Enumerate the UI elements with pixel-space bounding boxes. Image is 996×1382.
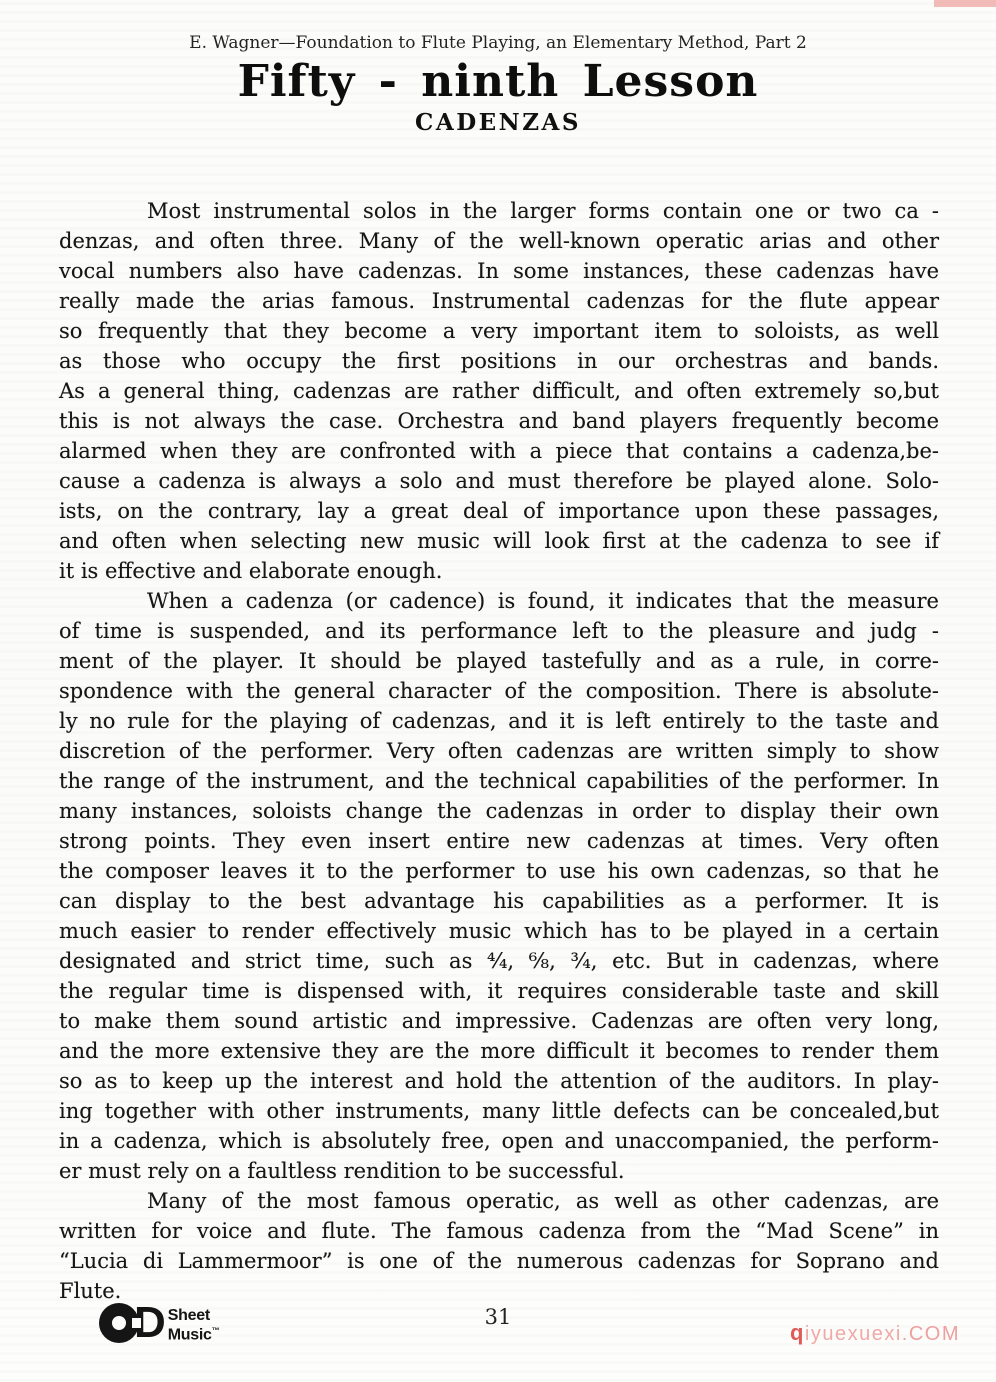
text-line: Most instrumental solos in the larger fo…: [59, 196, 939, 226]
text-line: discretion of the performer. Very often …: [59, 736, 939, 766]
text-line: denzas, and often three. Many of the wel…: [59, 226, 939, 256]
page-title: Fifty - ninth Lesson: [0, 56, 996, 107]
site-watermark: qiyuexuexi.COM: [790, 1320, 960, 1346]
text-line: ing together with other instruments, man…: [59, 1096, 939, 1126]
text-line: and often when selecting new music will …: [59, 526, 939, 556]
text-line: to make them sound artistic and impressi…: [59, 1006, 939, 1036]
watermark-lead-letter: q: [790, 1320, 805, 1345]
text-line: this is not always the case. Orchestra a…: [59, 406, 939, 436]
running-header: E. Wagner—Foundation to Flute Playing, a…: [0, 33, 996, 53]
text-line: written for voice and flute. The famous …: [59, 1216, 939, 1246]
text-line: the composer leaves it to the performer …: [59, 856, 939, 886]
text-line: can display to the best advantage his ca…: [59, 886, 939, 916]
text-line: much easier to render effectively music …: [59, 916, 939, 946]
paragraph: Most instrumental solos in the larger fo…: [59, 196, 939, 586]
page-subtitle: CADENZAS: [0, 109, 996, 136]
text-line: Flute.: [59, 1276, 939, 1306]
text-line: er must rely on a faultless rendition to…: [59, 1156, 939, 1186]
paragraph: When a cadenza (or cadence) is found, it…: [59, 586, 939, 1186]
text-line: cause a cadenza is always a solo and mus…: [59, 466, 939, 496]
text-line: of time is suspended, and its performanc…: [59, 616, 939, 646]
text-line: ly no rule for the playing of cadenzas, …: [59, 706, 939, 736]
text-line: as those who occupy the first positions …: [59, 346, 939, 376]
text-line: ment of the player. It should be played …: [59, 646, 939, 676]
text-line: it is effective and elaborate enough.: [59, 556, 939, 586]
text-line: vocal numbers also have cadenzas. In som…: [59, 256, 939, 286]
text-line: and the more extensive they are the more…: [59, 1036, 939, 1066]
text-line: ists, on the contrary, lay a great deal …: [59, 496, 939, 526]
watermark-suffix: .COM: [902, 1323, 960, 1345]
text-line: alarmed when they are confronted with a …: [59, 436, 939, 466]
text-line: designated and strict time, such as ⁴⁄₄,…: [59, 946, 939, 976]
text-line: Many of the most famous operatic, as wel…: [59, 1186, 939, 1216]
text-line: in a cadenza, which is absolutely free, …: [59, 1126, 939, 1156]
text-line: spondence with the general character of …: [59, 676, 939, 706]
text-line: the range of the instrument, and the tec…: [59, 766, 939, 796]
text-line: so as to keep up the interest and hold t…: [59, 1066, 939, 1096]
text-line: really made the arias famous. Instrument…: [59, 286, 939, 316]
text-line: so frequently that they become a very im…: [59, 316, 939, 346]
paragraph: Many of the most famous operatic, as wel…: [59, 1186, 939, 1306]
watermark-rest: iyuexuexi: [805, 1323, 902, 1345]
text-line: the regular time is dispensed with, it r…: [59, 976, 939, 1006]
text-line: “Lucia di Lammermoor” is one of the nume…: [59, 1246, 939, 1276]
scanned-book-page: E. Wagner—Foundation to Flute Playing, a…: [0, 0, 996, 1382]
text-line: As a general thing, cadenzas are rather …: [59, 376, 939, 406]
text-line: many instances, soloists change the cade…: [59, 796, 939, 826]
text-line: When a cadenza (or cadence) is found, it…: [59, 586, 939, 616]
body-text: Most instrumental solos in the larger fo…: [59, 196, 939, 1306]
text-line: strong points. They even insert entire n…: [59, 826, 939, 856]
watermark-artifact-bar: [934, 0, 996, 7]
